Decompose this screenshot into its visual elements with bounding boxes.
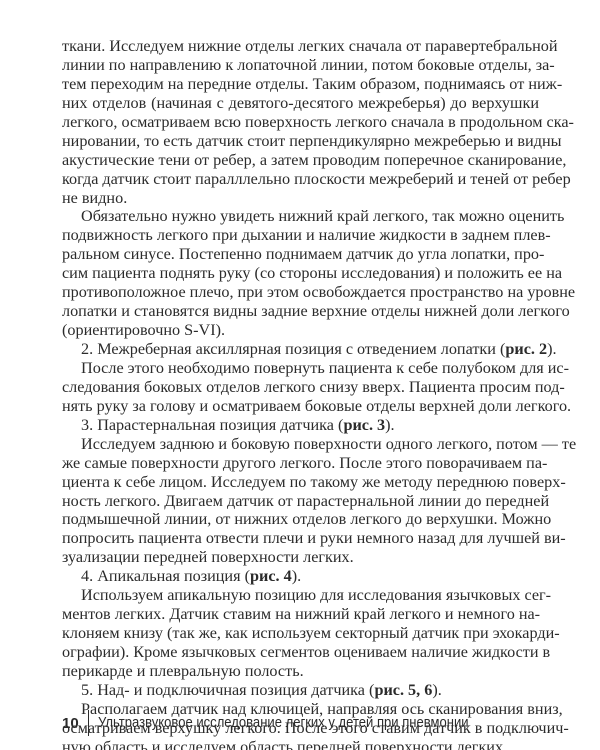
text-line: нять руку за голову и осматриваем боковы… xyxy=(62,397,539,416)
text-line: ральном синусе. Постепенно поднимаем дат… xyxy=(62,245,539,264)
running-title: Ультразвуковое исследование легких у дет… xyxy=(98,715,469,731)
text-line: акустические тени от ребер, а затем пров… xyxy=(62,151,539,170)
text-line: следования боковых отделов легкого снизу… xyxy=(62,378,539,397)
text-line: Используем апикальную позицию для исслед… xyxy=(62,586,539,605)
figure-reference[interactable]: рис. 5, 6 xyxy=(374,681,432,699)
text-line: когда датчик стоит паралллельно плоскост… xyxy=(62,170,539,189)
text-line: нировании, то есть датчик стоит перпенди… xyxy=(62,132,539,151)
text-line: ментов легких. Датчик ставим на нижний к… xyxy=(62,605,539,624)
text-line: подвижность легкого при дыхании и наличи… xyxy=(62,226,539,245)
numbered-item-heading: 5. Над- и подключичная позиция датчика (… xyxy=(62,681,539,700)
page-number: 10 xyxy=(62,715,79,732)
numbered-item-heading: 2. Межреберная аксиллярная позиция с отв… xyxy=(62,340,539,359)
footer-divider xyxy=(88,710,90,736)
text-line: сим пациента поднять руку (со стороны ис… xyxy=(62,264,539,283)
text-line: линии по направлению к лопаточной линии,… xyxy=(62,56,539,75)
figure-reference[interactable]: рис. 4 xyxy=(250,567,292,585)
text-line: ткани. Исследуем нижние отделы легких сн… xyxy=(62,37,539,56)
paragraph: Используем апикальную позицию для исслед… xyxy=(62,586,539,681)
text-line: легкого, осматриваем всю поверхность лег… xyxy=(62,113,539,132)
text-line: перикарде и плевральную полость. xyxy=(62,662,539,681)
paragraph: ткани. Исследуем нижние отделы легких сн… xyxy=(62,37,539,207)
text-line: После этого необходимо повернуть пациент… xyxy=(62,359,539,378)
page-body: ткани. Исследуем нижние отделы легких сн… xyxy=(62,37,539,750)
text-line: подмышечной линии, от нижних отделов лег… xyxy=(62,510,539,529)
text-line: же самые поверхности другого легкого. По… xyxy=(62,454,539,473)
text-line: них отделов (начиная с девятого-десятого… xyxy=(62,94,539,113)
text-line: ографии). Кроме язычковых сегментов оцен… xyxy=(62,643,539,662)
text-line: не видно. xyxy=(62,189,539,208)
text-line: клоняем книзу (так же, как используем се… xyxy=(62,624,539,643)
text-line: лопатки и становятся видны задние верхни… xyxy=(62,302,539,321)
figure-reference[interactable]: рис. 2 xyxy=(505,340,547,358)
text-line: противоположное плечо, при этом освобожд… xyxy=(62,283,539,302)
page-footer: 10 Ультразвуковое исследование легких у … xyxy=(62,712,510,734)
paragraph: После этого необходимо повернуть пациент… xyxy=(62,359,539,416)
text-line: циента к себе лицом. Исследуем по такому… xyxy=(62,473,539,492)
text-line: тем переходим на передние отделы. Таким … xyxy=(62,75,539,94)
text-line: попросить пациента отвести плечи и руки … xyxy=(62,529,539,548)
text-line: ную область и исследуем область передней… xyxy=(62,738,539,750)
text-line: Обязательно нужно увидеть нижний край ле… xyxy=(62,207,539,226)
figure-reference[interactable]: рис. 3 xyxy=(343,416,385,434)
text-line: (ориентировочно S-VI). xyxy=(62,321,539,340)
text-line: зуализации передней поверхности легких. xyxy=(62,548,539,567)
text-line: ность легкого. Двигаем датчик от парасте… xyxy=(62,492,539,511)
numbered-item-heading: 3. Парастернальная позиция датчика (рис.… xyxy=(62,416,539,435)
paragraph: Исследуем заднюю и боковую поверхности о… xyxy=(62,435,539,568)
numbered-item-heading: 4. Апикальная позиция (рис. 4). xyxy=(62,567,539,586)
text-line: Исследуем заднюю и боковую поверхности о… xyxy=(62,435,539,454)
paragraph: Обязательно нужно увидеть нижний край ле… xyxy=(62,207,539,340)
